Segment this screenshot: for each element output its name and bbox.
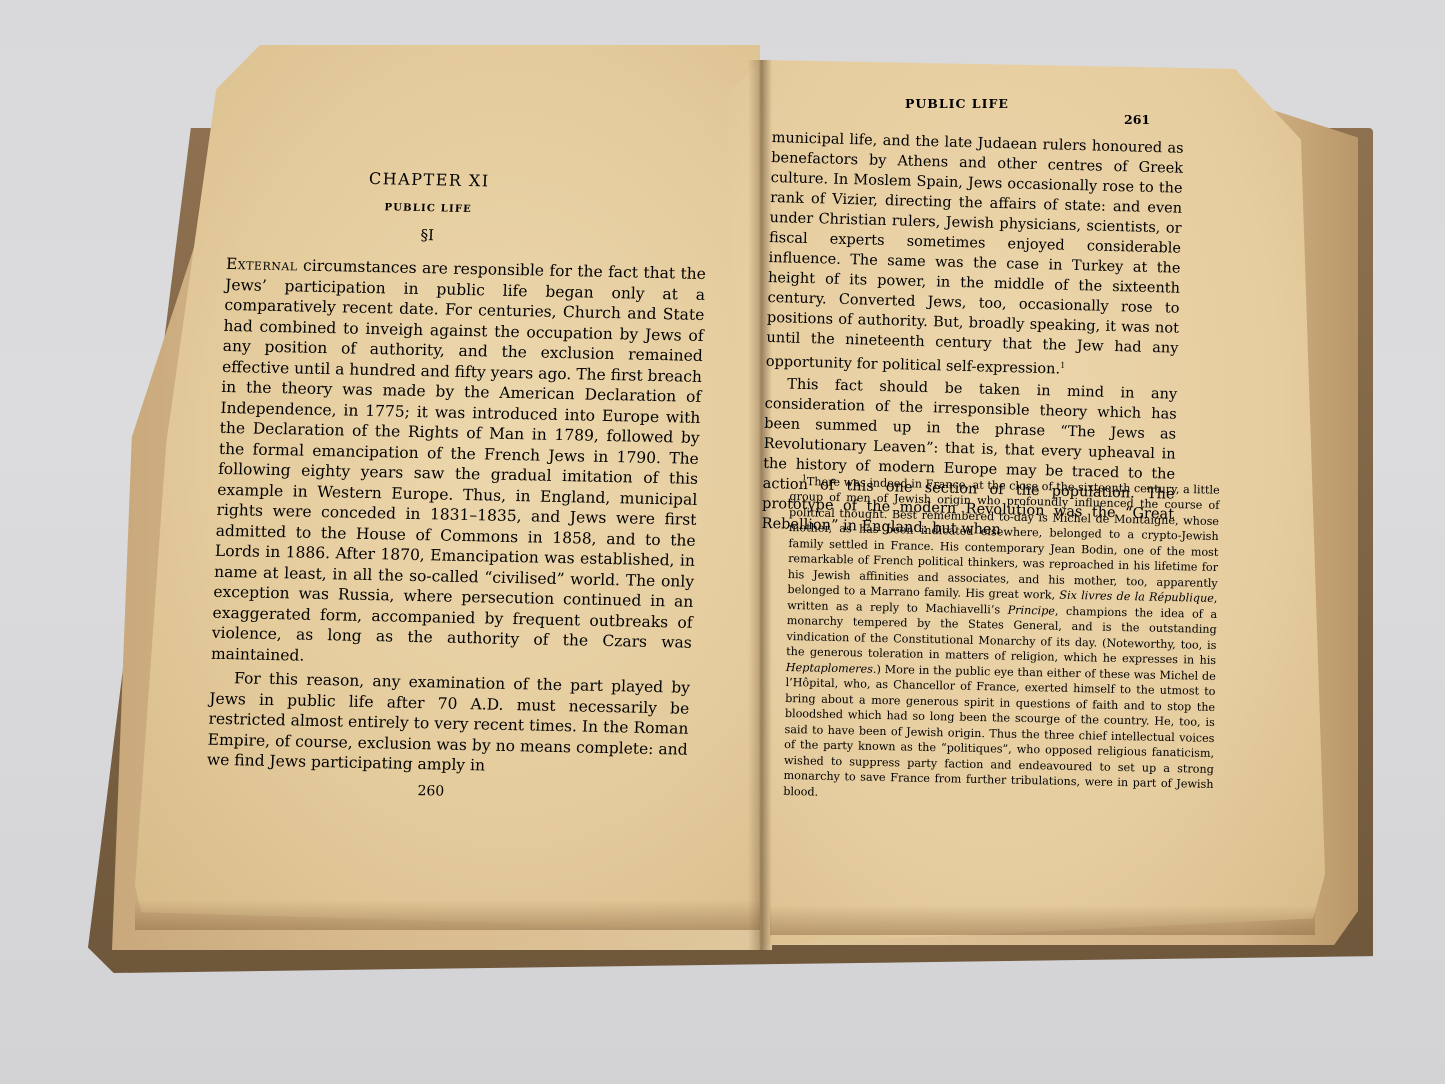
footnote: 1There was indeed in France, at the clos… [783,470,1220,808]
body-paragraph: External circumstances are responsible f… [211,254,707,674]
footnote-italic-title: Six livres de la République [1059,589,1214,605]
paragraph-text: For this reason, any examination of the … [207,669,691,774]
footnote-text: .) More in the public eye than either of… [783,663,1216,799]
paragraph-text: municipal life, and the late Judaean rul… [766,130,1184,377]
body-paragraph: For this reason, any examination of the … [207,668,691,780]
footnote-text: There was indeed in France, at the close… [787,475,1219,602]
running-header: PUBLIC LIFE [905,96,1009,111]
right-page-edge [770,905,1315,935]
chapter-title: CHAPTER XI [229,166,710,195]
chapter-subtitle: PUBLIC LIFE [228,199,708,220]
paragraph-text: circumstances are responsible for the fa… [211,256,707,664]
footnote-italic-title: Heptaplomeres [786,661,873,676]
left-page-text: CHAPTER XI PUBLIC LIFE §I External circu… [206,160,710,804]
body-paragraph: municipal life, and the late Judaean rul… [766,128,1184,383]
section-mark: §I [227,222,708,250]
photo-scene: CHAPTER XI PUBLIC LIFE §I External circu… [0,0,1445,1084]
footnote-reference: 1 [1060,361,1065,370]
lead-word: External [226,255,298,274]
footnote-italic-title: Principe [1008,603,1056,617]
left-page-edge [135,900,760,930]
page-number-right: 261 [1124,112,1150,127]
